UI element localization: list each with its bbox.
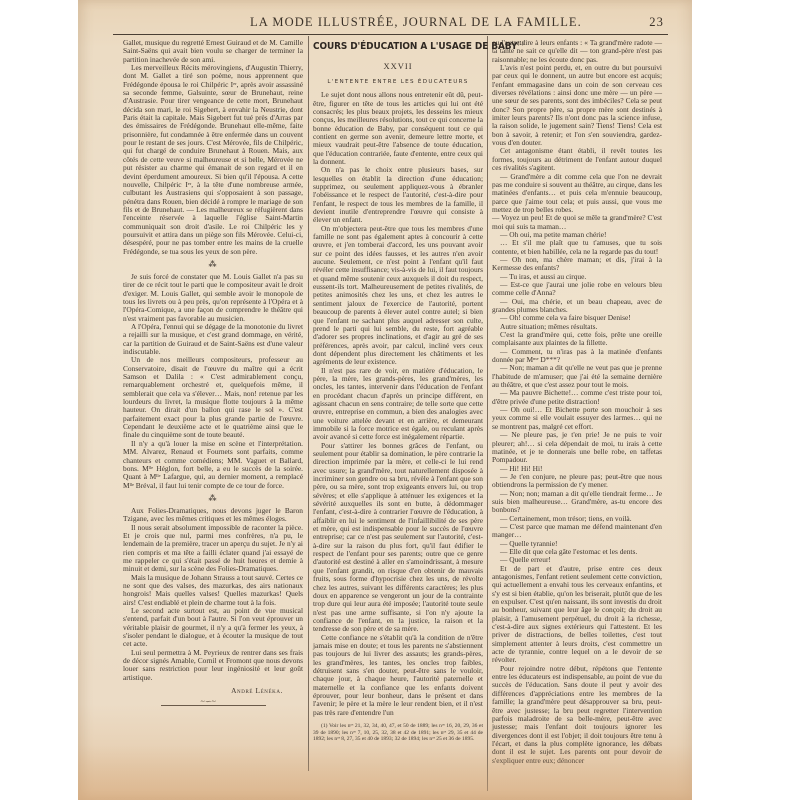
paragraph: Et de part et d'autre, prise entre ces d… <box>492 565 662 665</box>
author-signature: André Lénéka. <box>123 687 303 695</box>
paragraph: On n'a pas le choix entre plusieurs base… <box>313 166 483 224</box>
column-divider-2 <box>487 36 488 791</box>
article-subtitle: L'ENTENTE ENTRE LES ÉDUCATEURS <box>313 78 483 86</box>
asterism-ornament: ⁂ <box>123 494 303 503</box>
column-theatre-review: Gallet, musique du regretté Ernest Guira… <box>123 39 303 709</box>
paragraph: Lui seul permettra à M. Peyrieux de rent… <box>123 649 303 682</box>
paragraph: On m'objectera peut-être que tous les me… <box>313 225 483 367</box>
footnote: (1) Voir les nᵒˢ 21, 32, 34, 40, 47, et … <box>313 723 483 743</box>
dialogue-line: — Comment, tu n'iras pas à la matinée d'… <box>492 348 662 365</box>
dialogue-line: — Oh non, ma chère maman; et dis, j'irai… <box>492 256 662 273</box>
article-number: XXVII <box>313 62 483 70</box>
dialogue-line: — Oui, ma chérie, et un beau chapeau, av… <box>492 298 662 315</box>
article-title: COURS D'ÉDUCATION A L'USAGE DE BABY(1) <box>313 40 471 52</box>
paragraph: Mais la musique de Johann Strauss a tout… <box>123 574 303 607</box>
paragraph: Un de nos meilleurs compositeurs, profes… <box>123 356 303 439</box>
column-divider-1 <box>308 36 309 771</box>
paragraph: Je suis forcé de constater que M. Louis … <box>123 273 303 323</box>
paragraph: Cette confiance ne s'établit qu'à la con… <box>313 634 483 717</box>
dialogue-line: — Grand'mère a dit comme cela que l'on n… <box>492 173 662 215</box>
column-education-continued: ou l'autre dire à leurs enfants : « Ta g… <box>492 39 662 765</box>
dialogue-line: — Non; non; maman a dit qu'elle tiendrai… <box>492 490 662 515</box>
header-rule <box>113 34 668 35</box>
paragraph: Gallet, musique du regretté Ernest Guira… <box>123 39 303 64</box>
dialogue-line: — Ne pleure pas, je t'en prie! Je ne pui… <box>492 431 662 464</box>
paragraph: Aux Folies-Dramatiques, nous devons juge… <box>123 507 303 524</box>
paragraph: C'est la grand'mère qui, cette fois, prê… <box>492 331 662 348</box>
paragraph: ou l'autre dire à leurs enfants : « Ta g… <box>492 39 662 64</box>
paragraph: Il n'y a qu'à louer la mise en scène et … <box>123 440 303 490</box>
paragraph: Les merveilleux Récits mérovingiens, d'A… <box>123 64 303 256</box>
dialogue-line: — Est-ce que j'aurai une jolie robe en v… <box>492 281 662 298</box>
end-ornament-divider <box>161 701 266 709</box>
paragraph: Pour s'attirer les bonnes grâces de l'en… <box>313 442 483 634</box>
page-number: 23 <box>649 15 664 30</box>
newspaper-page: LA MODE ILLUSTRÉE, JOURNAL DE LA FAMILLE… <box>78 0 692 800</box>
dialogue-line: — Oh oui!… Et Bichette porte son mouchoi… <box>492 406 662 431</box>
paragraph: Pour rejoindre notre début, répétons que… <box>492 665 662 765</box>
dialogue-line: — Non; maman a dit qu'elle ne veut pas q… <box>492 364 662 389</box>
dialogue-line: — Je t'en conjure, ne pleure pas; peut-ê… <box>492 473 662 490</box>
article-title-text: COURS D'ÉDUCATION A L'USAGE DE BABY <box>313 41 517 52</box>
paragraph: Le second acte surtout est, au point de … <box>123 607 303 649</box>
paragraph: Il n'est pas rare de voir, en matière d'… <box>313 367 483 442</box>
paragraph: A l'Opéra, l'ennui qui se dégage de la m… <box>123 323 303 356</box>
journal-title: LA MODE ILLUSTRÉE, JOURNAL DE LA FAMILLE… <box>250 15 582 30</box>
dialogue-line: — Voyez un peu! Et de quoi se mêle ta gr… <box>492 214 662 231</box>
paragraph: Le sujet dont nous allons nous entreteni… <box>313 91 483 166</box>
dialogue-line: — C'est parce que maman me défend mainte… <box>492 523 662 540</box>
paragraph: L'avis n'est point perdu, et, en outre d… <box>492 64 662 147</box>
dialogue-line: — Ma pauvre Bichette!… comme c'est trist… <box>492 389 662 406</box>
dialogue-line: … Et s'il me plaît que tu t'amuses, que … <box>492 239 662 256</box>
paragraph: Cet antagonisme étant établi, il revêt t… <box>492 147 662 172</box>
paragraph: Il nous serait absolument impossible de … <box>123 524 303 574</box>
asterism-ornament: ⁂ <box>123 260 303 269</box>
column-education-article: COURS D'ÉDUCATION A L'USAGE DE BABY(1) X… <box>313 39 483 743</box>
running-header: LA MODE ILLUSTRÉE, JOURNAL DE LA FAMILLE… <box>78 15 692 31</box>
